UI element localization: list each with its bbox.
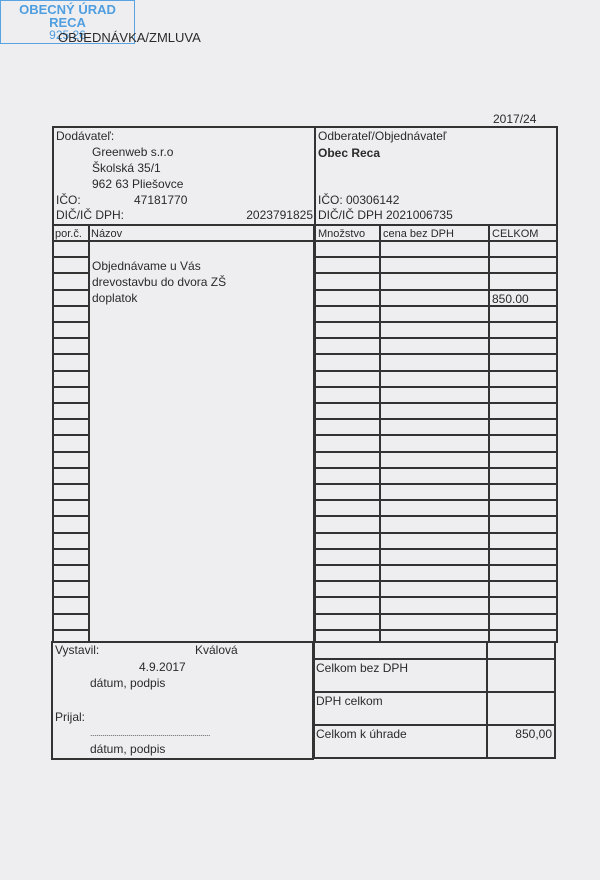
col-header-name: Názov: [91, 227, 122, 241]
customer-dic: DIČ/IČ DPH 2021006735: [318, 208, 453, 222]
customer-name: Obec Reca: [318, 146, 380, 160]
supplier-ico-label: IČO:: [56, 193, 81, 207]
col-header-price: cena bez DPH: [383, 227, 454, 241]
received-label: Prijal:: [55, 710, 85, 724]
date-sign-label: dátum, podpis: [90, 676, 165, 690]
customer-label: Odberateľ/Objednávateľ: [318, 129, 446, 143]
supplier-street: Školská 35/1: [92, 161, 161, 175]
date-sign-label-2: dátum, podpis: [90, 742, 165, 756]
item-description-line1: Objednávame u Vás: [92, 259, 201, 273]
col-header-total: CELKOM: [492, 227, 538, 241]
item-description-line2: drevostavbu do dvora ZŠ: [92, 275, 226, 289]
item-total: 850.00: [492, 292, 529, 306]
supplier-name: Greenweb s.r.o: [92, 145, 173, 159]
vat-total-label: DPH celkom: [316, 694, 383, 708]
signature-dots: ........................................…: [90, 726, 210, 740]
supplier-ico: 47181770: [134, 193, 187, 207]
grand-total-value: 850,00: [488, 727, 552, 741]
document-title: OBJEDNÁVKA/ZMLUVA: [58, 31, 201, 45]
customer-ico: IČO: 00306142: [318, 193, 399, 207]
issued-label: Vystavil:: [55, 643, 99, 657]
supplier-city: 962 63 Pliešovce: [92, 177, 183, 191]
supplier-label: Dodávateľ:: [56, 129, 114, 143]
col-header-number: por.č.: [55, 227, 82, 241]
supplier-dic: 2023791825: [230, 208, 313, 222]
grand-total-label: Celkom k úhrade: [316, 727, 407, 741]
document-number: 2017/24: [493, 112, 536, 126]
supplier-dic-label: DIČ/IČ DPH:: [56, 208, 124, 222]
net-total-label: Celkom bez DPH: [316, 661, 408, 675]
item-description-line3: doplatok: [92, 291, 137, 305]
issued-by: Kválová: [195, 643, 238, 657]
issue-date: 4.9.2017: [139, 660, 186, 674]
col-header-quantity: Množstvo: [318, 227, 365, 241]
